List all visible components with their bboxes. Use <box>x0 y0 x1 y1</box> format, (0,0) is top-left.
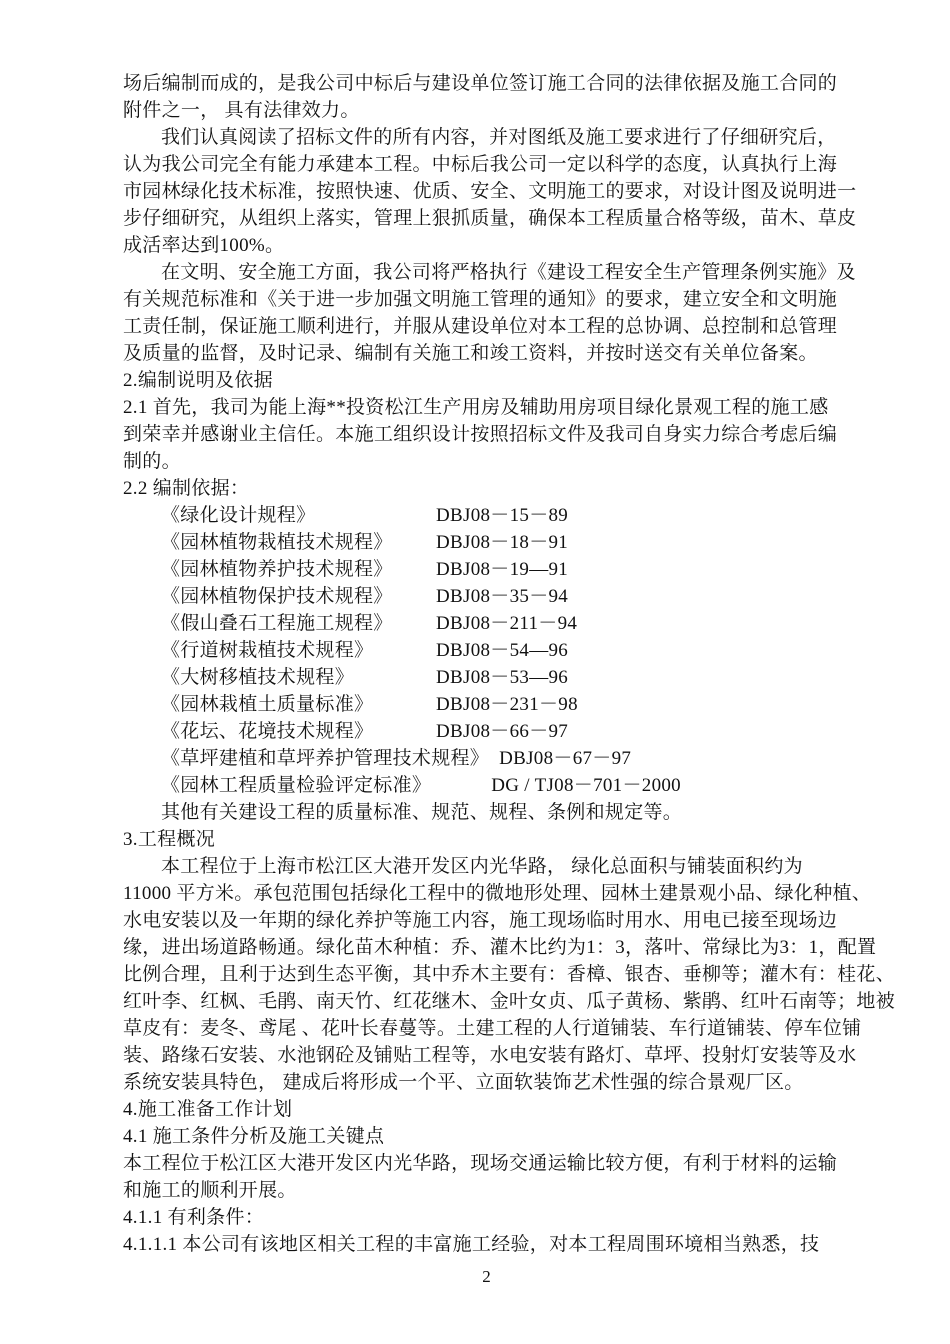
standard-code: DG / TJ08－701－2000 <box>491 772 681 799</box>
standard-row: 《假山叠石工程施工规程》 DBJ08－211－94 <box>123 610 850 637</box>
section-heading-4-1: 4.1 施工条件分析及施工关键点 <box>123 1123 850 1150</box>
text-line: 红叶李、红枫、毛鹃、南天竹、红花继木、金叶女贞、瓜子黄杨、紫鹃、红叶石南等；地被 <box>123 988 850 1015</box>
text-line: 本工程位于上海市松江区大港开发区内光华路， 绿化总面积与铺装面积约为 <box>123 853 850 880</box>
text-line: 认为我公司完全有能力承建本工程。中标后我公司一定以科学的态度，认真执行上海 <box>123 151 850 178</box>
text-line: 我们认真阅读了招标文件的所有内容，并对图纸及施工要求进行了仔细研究后， <box>123 124 850 151</box>
text-line: 11000 平方米。承包范围包括绿化工程中的微地形处理、园林土建景观小品、绿化种… <box>123 880 850 907</box>
text-line: 市园林绿化技术标准，按照快速、优质、安全、文明施工的要求，对设计图及说明进一 <box>123 178 850 205</box>
section-heading-2-2: 2.2 编制依据： <box>123 475 850 502</box>
standard-row: 《花坛、花境技术规程》 DBJ08－66－97 <box>123 718 850 745</box>
text-line: 其他有关建设工程的质量标准、规范、规程、条例和规定等。 <box>123 799 850 826</box>
standard-title: 《花坛、花境技术规程》 <box>161 718 436 745</box>
standard-row: 《园林植物栽植技术规程》 DBJ08－18－91 <box>123 529 850 556</box>
standard-title: 《假山叠石工程施工规程》 <box>161 610 436 637</box>
text-line: 在文明、安全施工方面，我公司将严格执行《建设工程安全生产管理条例实施》及 <box>123 259 850 286</box>
page-number: 2 <box>123 1263 850 1290</box>
text-line: 及质量的监督，及时记录、编制有关施工和竣工资料，并按时送交有关单位备案。 <box>123 340 850 367</box>
text-line: 和施工的顺利开展。 <box>123 1177 850 1204</box>
section-heading-3: 3.工程概况 <box>123 826 850 853</box>
standard-code: DBJ08－19—91 <box>436 556 568 583</box>
text-line: 成活率达到100%。 <box>123 232 850 259</box>
text-line: 4.1.1.1 本公司有该地区相关工程的丰富施工经验，对本工程周围环境相当熟悉，… <box>123 1231 850 1258</box>
section-heading-4-1-1: 4.1.1 有利条件： <box>123 1204 850 1231</box>
standard-title: 《园林工程质量检验评定标准》 <box>161 772 441 799</box>
standard-title: 《园林植物养护技术规程》 <box>161 556 436 583</box>
text-line: 系统安装具特色， 建成后将形成一个平、立面软装饰艺术性强的综合景观厂区。 <box>123 1069 850 1096</box>
standard-title: 《行道树栽植技术规程》 <box>161 637 436 664</box>
standard-title: 《园林植物保护技术规程》 <box>161 583 436 610</box>
text-line: 场后编制而成的，是我公司中标后与建设单位签订施工合同的法律依据及施工合同的 <box>123 70 850 97</box>
standard-row: 《园林栽植土质量标准》 DBJ08－231－98 <box>123 691 850 718</box>
standard-title: 《绿化设计规程》 <box>161 502 436 529</box>
standard-row: 《园林工程质量检验评定标准》 DG / TJ08－701－2000 <box>123 772 850 799</box>
standard-code: DBJ08－231－98 <box>436 691 578 718</box>
standard-code: DBJ08－53—96 <box>436 664 568 691</box>
standard-row: 《草坪建植和草坪养护管理技术规程》 DBJ08－67－97 <box>123 745 850 772</box>
text-line: 工责任制，保证施工顺利进行，并服从建设单位对本工程的总协调、总控制和总管理 <box>123 313 850 340</box>
text-line: 步仔细研究，从组织上落实，管理上狠抓质量，确保本工程质量合格等级，苗木、草皮 <box>123 205 850 232</box>
text-line: 装、路缘石安装、水池钢砼及铺贴工程等，水电安装有路灯、草坪、投射灯安装等及水 <box>123 1042 850 1069</box>
text-line: 缘，进出场道路畅通。绿化苗木种植：乔、灌木比约为1：3，落叶、常绿比为3：1，配… <box>123 934 850 961</box>
text-line: 比例合理，且利于达到生态平衡，其中乔木主要有：香樟、银杏、垂柳等；灌木有：桂花、 <box>123 961 850 988</box>
standard-row: 《园林植物养护技术规程》 DBJ08－19—91 <box>123 556 850 583</box>
standard-row: 《行道树栽植技术规程》 DBJ08－54—96 <box>123 637 850 664</box>
standard-code: DBJ08－18－91 <box>436 529 568 556</box>
text-line: 草皮有：麦冬、鸢尾 、花叶长春蔓等。土建工程的人行道铺装、车行道铺装、停车位铺 <box>123 1015 850 1042</box>
text-line: 水电安装以及一年期的绿化养护等施工内容，施工现场临时用水、用电已接至现场边 <box>123 907 850 934</box>
text-line: 2.1 首先，我司为能上海**投资松江生产用房及辅助用房项目绿化景观工程的施工感 <box>123 394 850 421</box>
text-line: 制的。 <box>123 448 850 475</box>
standard-row: 《大树移植技术规程》 DBJ08－53—96 <box>123 664 850 691</box>
section-heading-4: 4.施工准备工作计划 <box>123 1096 850 1123</box>
text-line: 本工程位于松江区大港开发区内光华路，现场交通运输比较方便，有利于材料的运输 <box>123 1150 850 1177</box>
text-line: 到荣幸并感谢业主信任。本施工组织设计按照招标文件及我司自身实力综合考虑后编 <box>123 421 850 448</box>
standard-row: 《绿化设计规程》 DBJ08－15－89 <box>123 502 850 529</box>
text-line: 有关规范标准和《关于进一步加强文明施工管理的通知》的要求，建立安全和文明施 <box>123 286 850 313</box>
standard-code: DBJ08－66－97 <box>436 718 568 745</box>
standard-code: DBJ08－211－94 <box>436 610 577 637</box>
standard-title: 《园林栽植土质量标准》 <box>161 691 436 718</box>
text-line: 附件之一， 具有法律效力。 <box>123 97 850 124</box>
standard-title: 《草坪建植和草坪养护管理技术规程》 <box>161 745 499 772</box>
standard-code: DBJ08－15－89 <box>436 502 568 529</box>
standard-code: DBJ08－35－94 <box>436 583 568 610</box>
standard-title: 《大树移植技术规程》 <box>161 664 436 691</box>
document-page: 场后编制而成的，是我公司中标后与建设单位签订施工合同的法律依据及施工合同的 附件… <box>0 0 950 1344</box>
standard-title: 《园林植物栽植技术规程》 <box>161 529 436 556</box>
standard-code: DBJ08－67－97 <box>499 745 631 772</box>
section-heading-2: 2.编制说明及依据 <box>123 367 850 394</box>
standard-row: 《园林植物保护技术规程》 DBJ08－35－94 <box>123 583 850 610</box>
standard-code: DBJ08－54—96 <box>436 637 568 664</box>
